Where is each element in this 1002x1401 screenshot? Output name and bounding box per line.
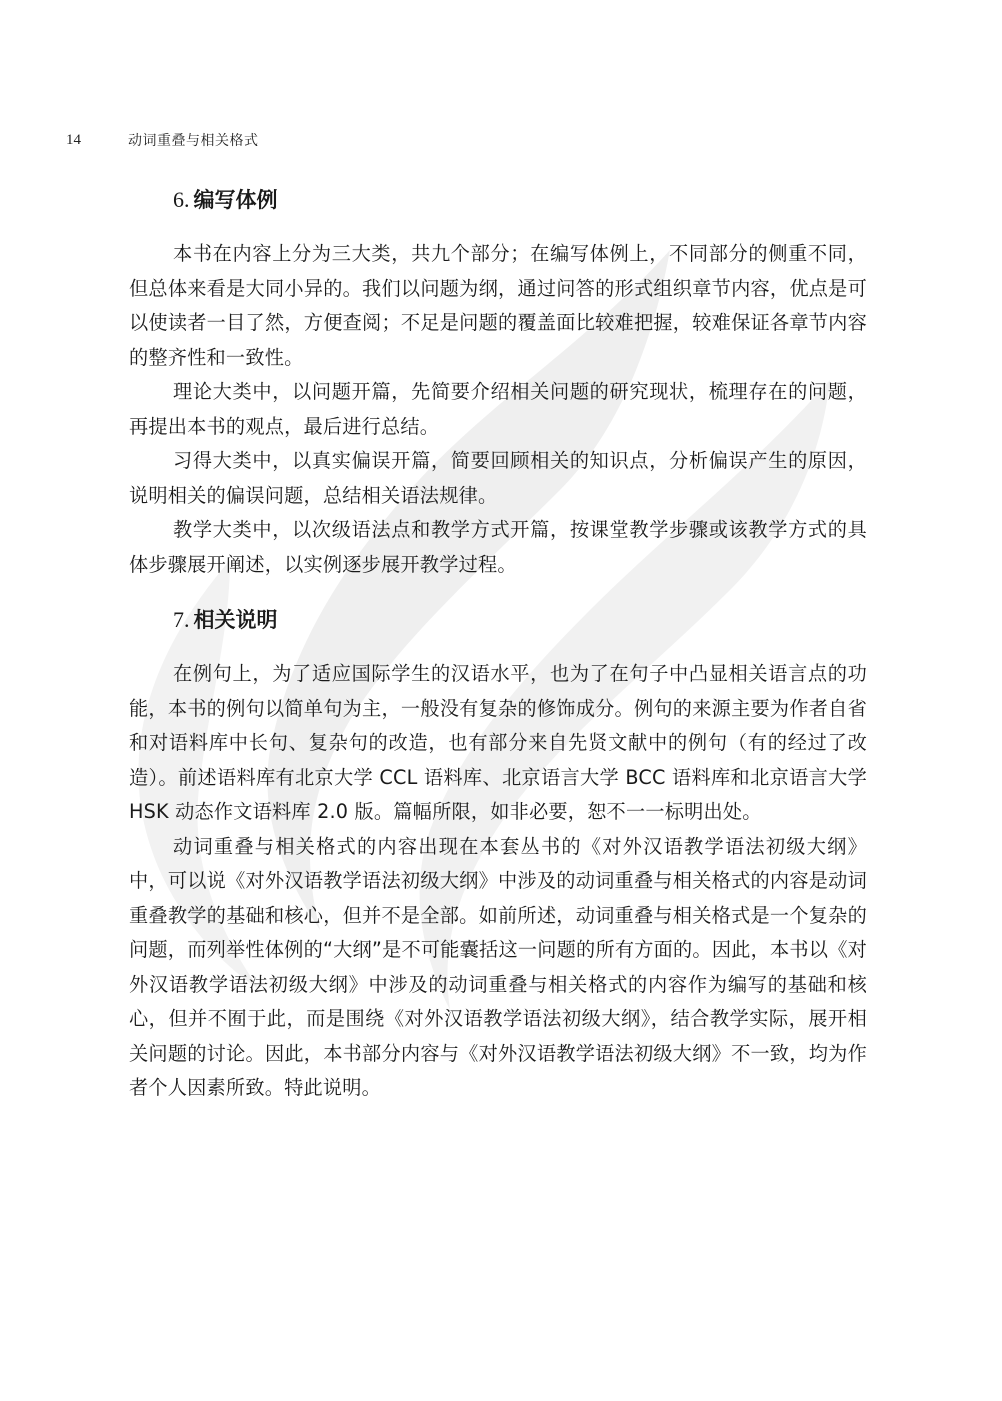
section-7: 7.相关说明 在例句上，为了适应国际学生的汉语水平，也为了在句子中凸显相关语言点… (129, 600, 867, 1106)
section-6: 6.编写体例 本书在内容上分为三大类，共九个部分；在编写体例上，不同部分的侧重不… (129, 180, 867, 582)
paragraph: 理论大类中，以问题开篇，先简要介绍相关问题的研究现状，梳理存在的问题，再提出本书… (129, 375, 867, 444)
section-title: 编写体例 (194, 188, 278, 212)
running-header: 14 动词重叠与相关格式 (66, 130, 259, 150)
section-number: 7. (173, 607, 190, 632)
running-title: 动词重叠与相关格式 (128, 130, 259, 150)
section-heading: 6.编写体例 (173, 180, 867, 220)
section-heading: 7.相关说明 (173, 600, 867, 640)
paragraph: 在例句上，为了适应国际学生的汉语水平，也为了在句子中凸显相关语言点的功能，本书的… (129, 657, 867, 830)
paragraph: 动词重叠与相关格式的内容出现在本套丛书的《对外汉语教学语法初级大纲》中，可以说《… (129, 830, 867, 1106)
paragraph: 本书在内容上分为三大类，共九个部分；在编写体例上，不同部分的侧重不同，但总体来看… (129, 237, 867, 375)
page-number: 14 (66, 132, 128, 149)
paragraph: 习得大类中，以真实偏误开篇，简要回顾相关的知识点，分析偏误产生的原因，说明相关的… (129, 444, 867, 513)
paragraph: 教学大类中，以次级语法点和教学方式开篇，按课堂教学步骤或该教学方式的具体步骤展开… (129, 513, 867, 582)
section-number: 6. (173, 187, 190, 212)
section-title: 相关说明 (194, 608, 278, 632)
page-content: 6.编写体例 本书在内容上分为三大类，共九个部分；在编写体例上，不同部分的侧重不… (129, 180, 867, 1106)
